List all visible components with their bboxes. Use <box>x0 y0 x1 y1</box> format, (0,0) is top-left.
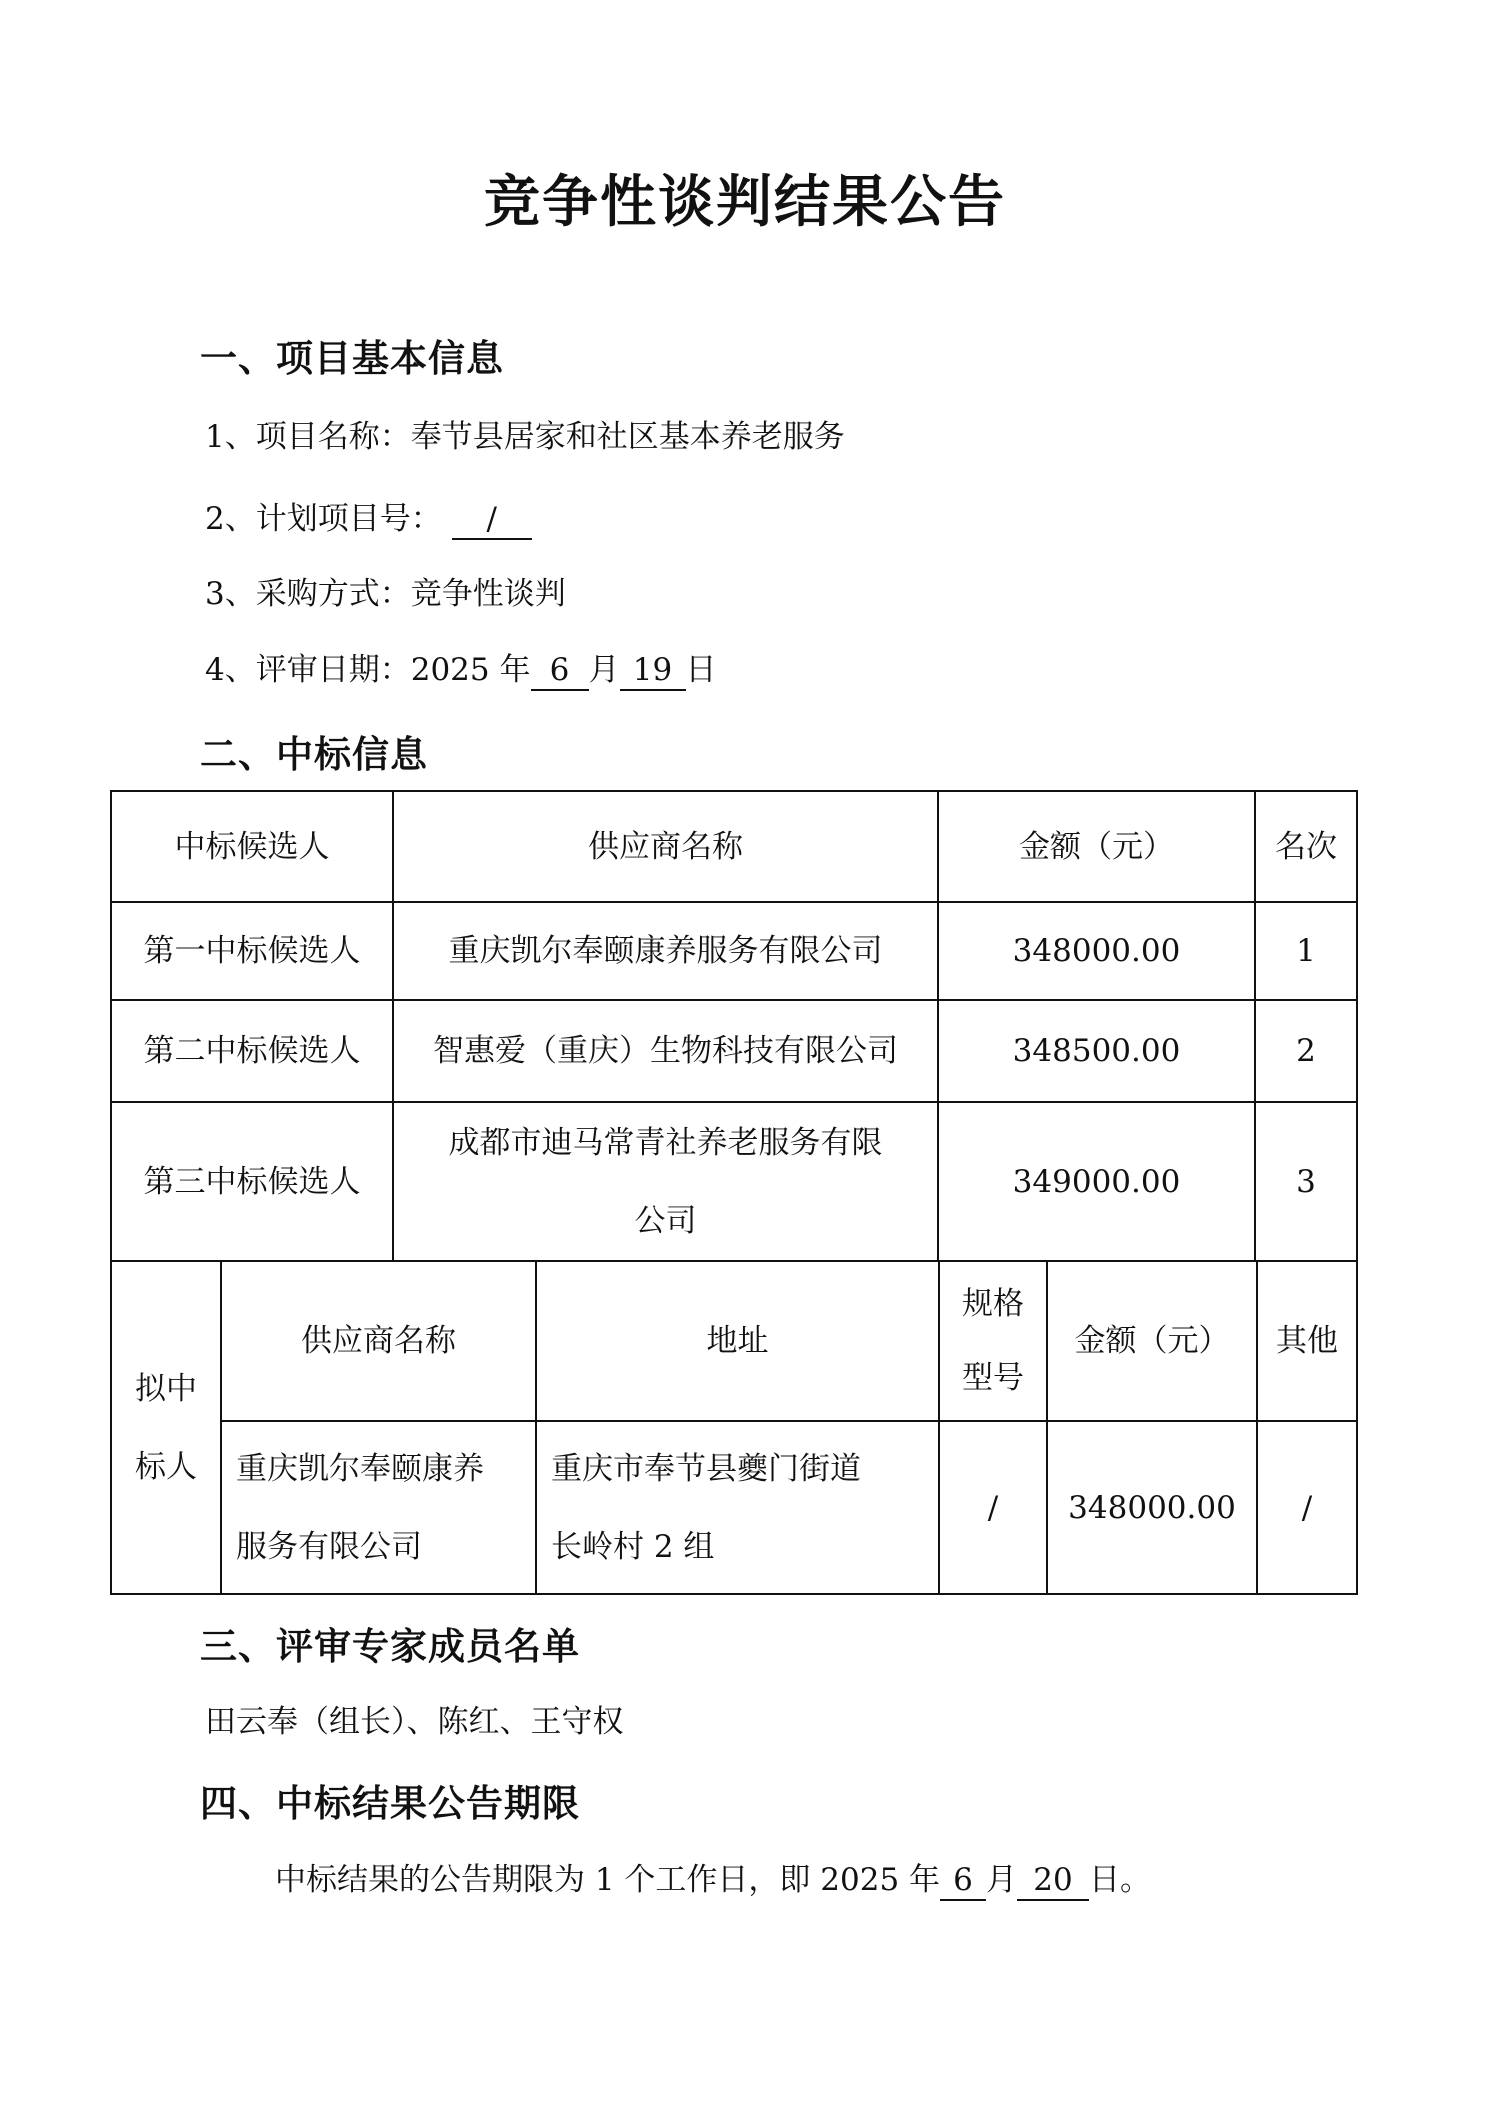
notice-day-unit: 日。 <box>1089 1862 1151 1898</box>
review-month: 6 <box>531 651 589 691</box>
header-candidate: 中标候选人 <box>110 790 394 903</box>
project-name-line: 1、项目名称：奉节县居家和社区基本养老服务 <box>205 415 845 459</box>
review-day: 19 <box>620 651 686 691</box>
winner-address: 重庆市奉节县夔门街道 长岭村 2 组 <box>535 1420 940 1595</box>
review-year: 2025 <box>411 652 490 688</box>
notice-month: 6 <box>940 1861 986 1901</box>
table-row-1-supplier: 重庆凯尔奉颐康养服务有限公司 <box>392 901 939 1001</box>
procurement-method-label: 3、采购方式： <box>205 576 411 612</box>
table-row-2-candidate: 第二中标候选人 <box>110 999 394 1103</box>
header-amount: 金额（元） <box>937 790 1256 903</box>
header-rank: 名次 <box>1254 790 1358 903</box>
winner-spec: / <box>938 1420 1048 1595</box>
table-row-3-rank: 3 <box>1254 1101 1358 1262</box>
section-heading-notice-period: 四、中标结果公告期限 <box>200 1780 580 1828</box>
table-row-3-candidate: 第三中标候选人 <box>110 1101 394 1262</box>
procurement-method-line: 3、采购方式：竞争性谈判 <box>205 572 566 616</box>
table-row-3-supplier: 成都市迪马常青社养老服务有限 公司 <box>392 1101 939 1262</box>
plan-number-line: 2、计划项目号：/ <box>205 497 532 541</box>
review-year-unit: 年 <box>500 652 531 688</box>
section-heading-experts: 三、评审专家成员名单 <box>200 1623 580 1671</box>
winner-header-spec: 规格 型号 <box>938 1260 1048 1422</box>
review-day-unit: 日 <box>686 652 717 688</box>
winner-amount: 348000.00 <box>1046 1420 1258 1595</box>
winner-supplier: 重庆凯尔奉颐康养 服务有限公司 <box>220 1420 537 1595</box>
section-heading-basic-info: 一、项目基本信息 <box>200 335 504 383</box>
review-date-label: 4、评审日期： <box>205 652 411 688</box>
winner-other: / <box>1256 1420 1358 1595</box>
proposed-winner-label: 拟中 标人 <box>110 1260 222 1595</box>
winner-header-supplier: 供应商名称 <box>220 1260 537 1422</box>
winner-header-address: 地址 <box>535 1260 940 1422</box>
notice-month-unit: 月 <box>986 1862 1017 1898</box>
table-row-2-rank: 2 <box>1254 999 1358 1103</box>
header-supplier: 供应商名称 <box>392 790 939 903</box>
notice-period-text: 中标结果的公告期限为 1 个工作日，即 2025 年6月20日。 <box>275 1858 1151 1902</box>
project-name-label: 1、项目名称： <box>205 419 411 455</box>
table-row-1-candidate: 第一中标候选人 <box>110 901 394 1001</box>
table-row-1-rank: 1 <box>1254 901 1358 1001</box>
winner-header-amount: 金额（元） <box>1046 1260 1258 1422</box>
winner-header-other: 其他 <box>1256 1260 1358 1422</box>
plan-number-label: 2、计划项目号： <box>205 501 442 537</box>
notice-day: 20 <box>1017 1861 1089 1901</box>
notice-period-prefix: 中标结果的公告期限为 1 个工作日，即 2025 年 <box>275 1862 940 1898</box>
table-row-2-amount: 348500.00 <box>937 999 1256 1103</box>
table-row-3-amount: 349000.00 <box>937 1101 1256 1262</box>
project-name-value: 奉节县居家和社区基本养老服务 <box>411 419 845 455</box>
plan-number-value: / <box>452 500 532 540</box>
procurement-method-value: 竞争性谈判 <box>411 576 566 612</box>
table-row-1-amount: 348000.00 <box>937 901 1256 1001</box>
document-title: 竞争性谈判结果公告 <box>0 168 1490 238</box>
review-date-line: 4、评审日期：2025 年6月19日 <box>205 648 717 692</box>
section-heading-award-info: 二、中标信息 <box>200 731 428 779</box>
announcement-page: 竞争性谈判结果公告 一、项目基本信息 1、项目名称：奉节县居家和社区基本养老服务… <box>0 0 1490 2104</box>
review-month-unit: 月 <box>589 652 620 688</box>
table-row-2-supplier: 智惠爱（重庆）生物科技有限公司 <box>392 999 939 1103</box>
expert-members: 田云奉（组长）、陈红、王守权 <box>205 1700 624 1744</box>
